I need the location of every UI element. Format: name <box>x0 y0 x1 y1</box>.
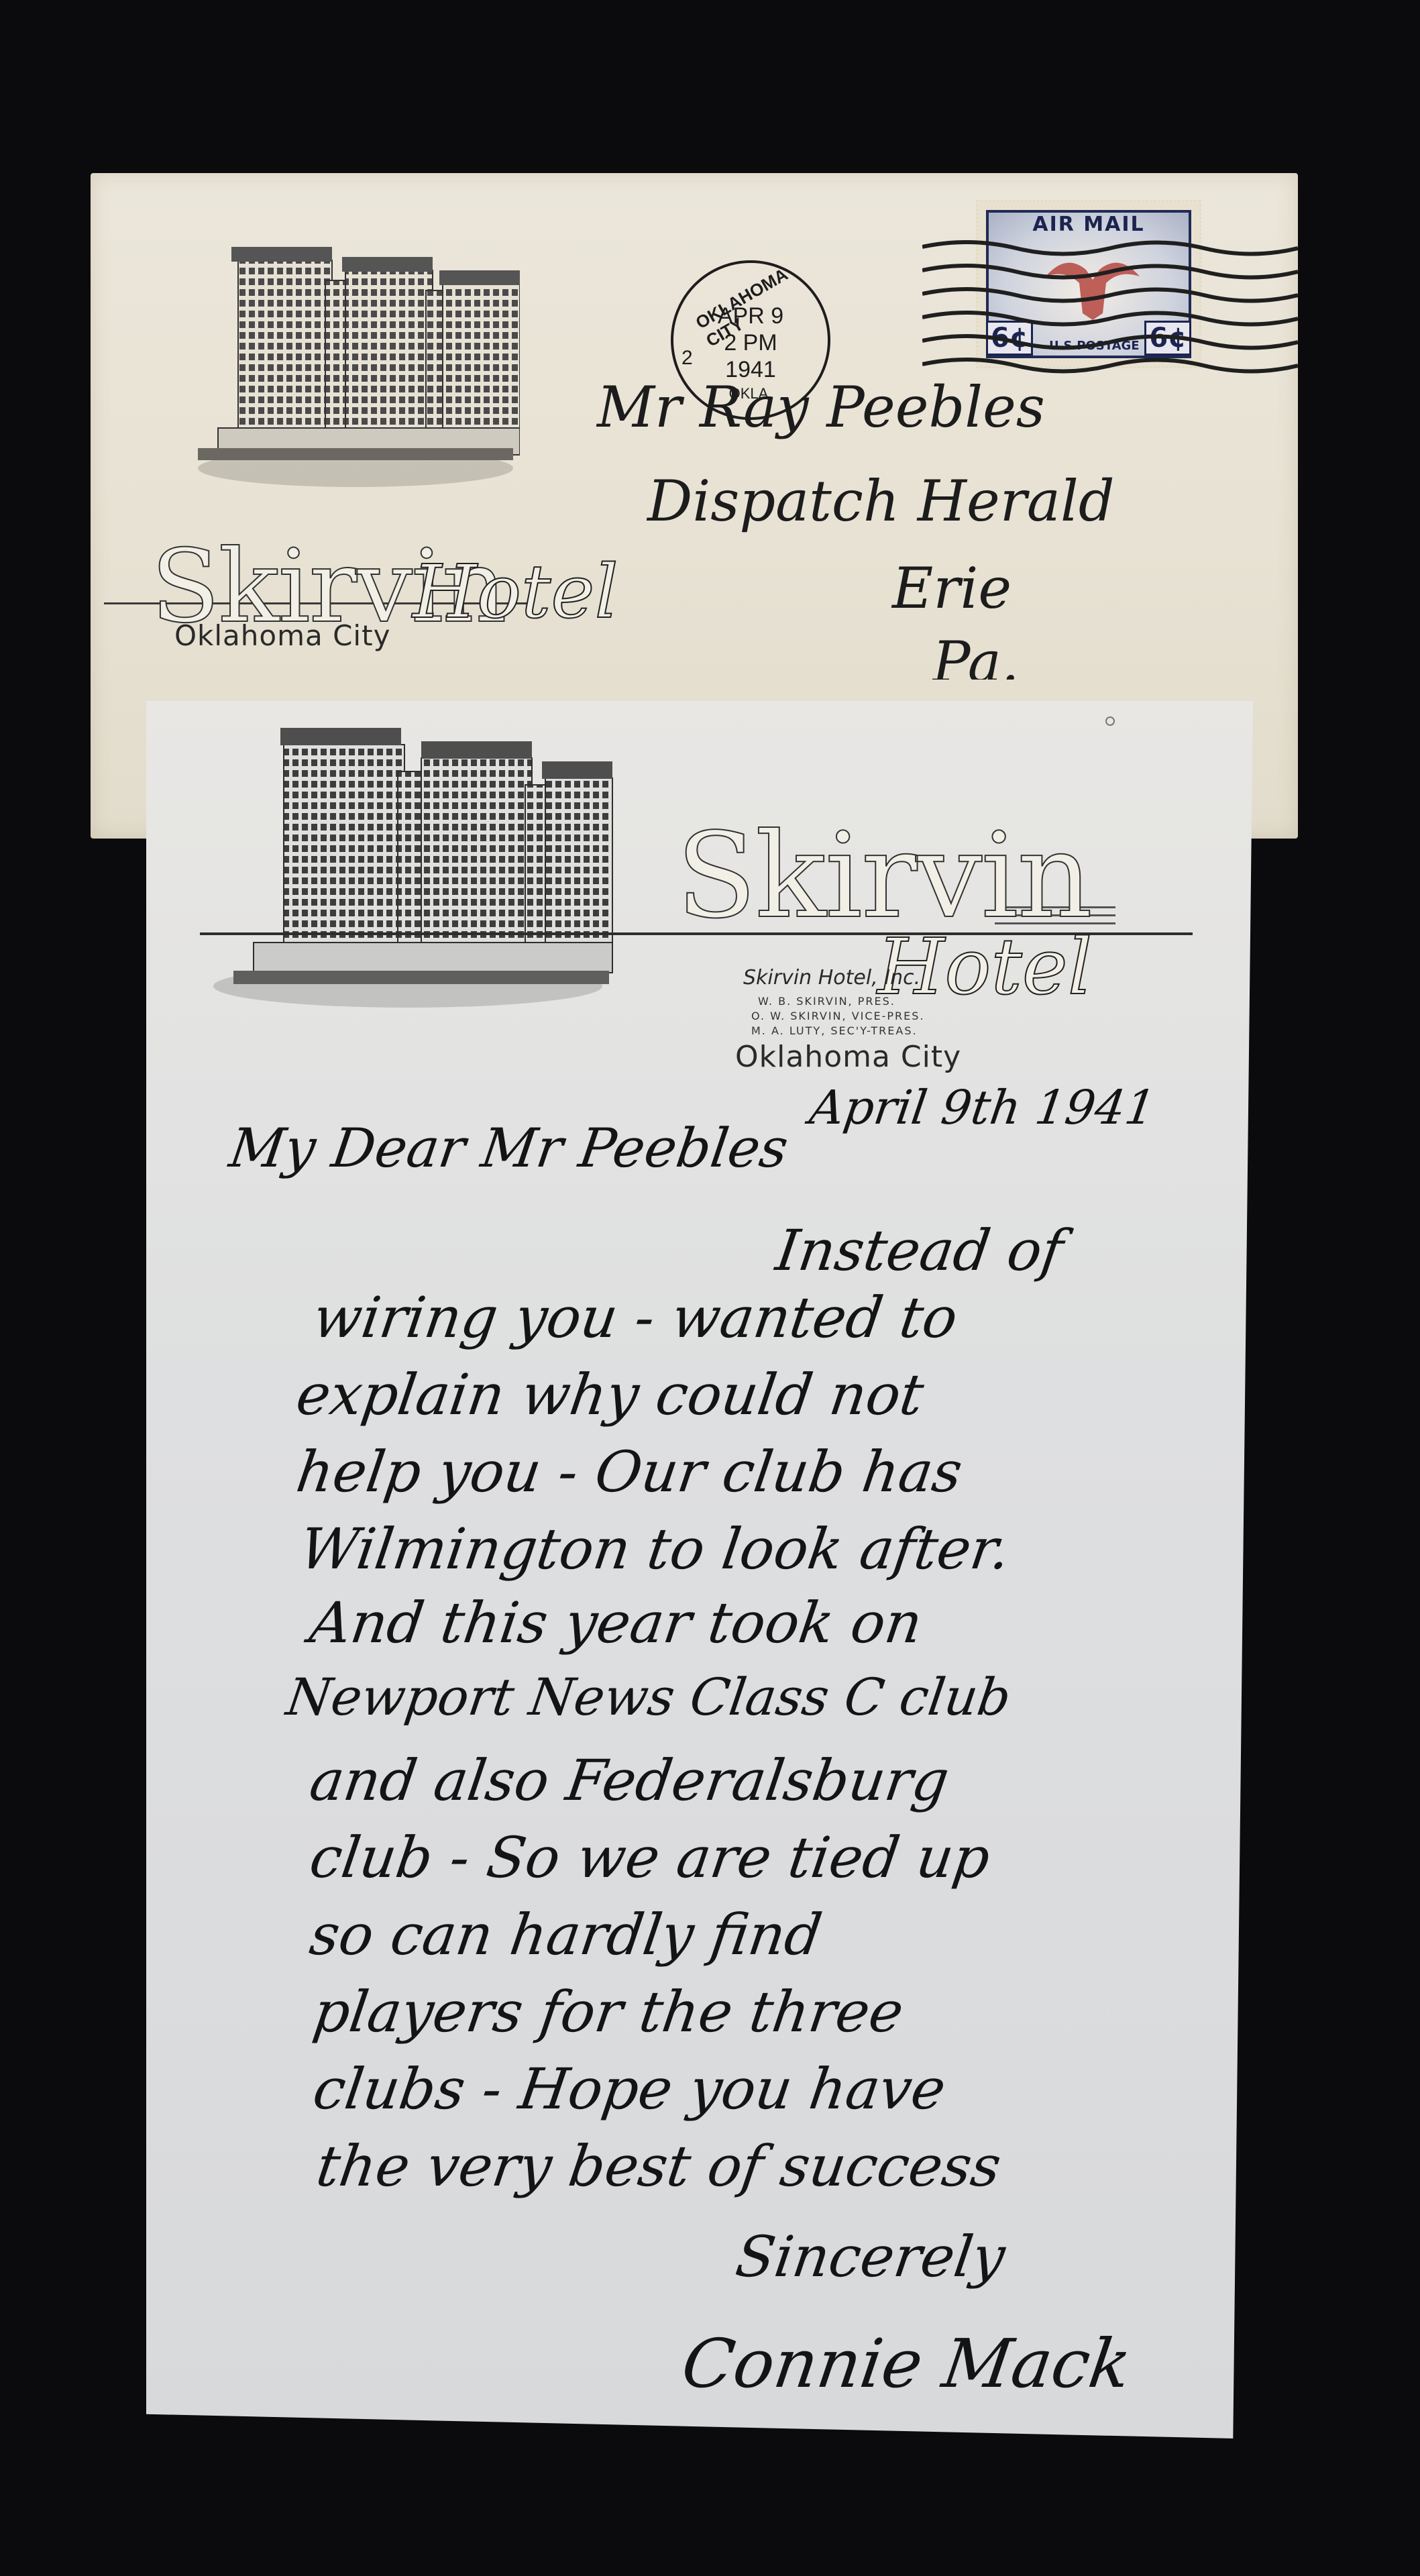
postmark-date: APR 9 <box>673 303 828 329</box>
address-line-1: Mr Ray Peebles <box>597 374 1045 440</box>
address-line-2: Dispatch Herald <box>647 468 1115 534</box>
letterhead-officer: W. B. SKIRVIN, PRES. <box>758 995 895 1008</box>
body-line: Newport News Class C club <box>283 1667 1015 1727</box>
postmark-station: 2 <box>681 347 693 370</box>
body-line: And this year took on <box>306 1590 926 1656</box>
stamp-title: AIR MAIL <box>989 213 1189 236</box>
body-line: the very best of success <box>313 2133 1005 2199</box>
address-line-3: Erie <box>892 555 1012 621</box>
envelope-hotel-logo: Skirvin Hotel Oklahoma City <box>104 535 614 669</box>
letterhead-officer: M. A. LUTY, SEC'Y-TREAS. <box>751 1024 918 1037</box>
letter-date: April 9th 1941 <box>806 1080 1159 1135</box>
signature: Connie Mack <box>677 2324 1136 2403</box>
paper-mark <box>1105 716 1115 726</box>
letterhead-officer: O. W. SKIRVIN, VICE-PRES. <box>751 1010 925 1022</box>
letterhead-company: Skirvin Hotel, Inc. <box>743 966 920 989</box>
body-line: explain why could not <box>292 1362 928 1428</box>
letterhead-building-illustration <box>207 714 616 1010</box>
body-line: wiring you - wanted to <box>309 1285 961 1350</box>
body-line: so can hardly find <box>306 1902 826 1968</box>
hotel-building-illustration <box>191 233 520 488</box>
body-line: club - So we are tied up <box>306 1825 994 1890</box>
letter-sheet: Skirvin Hotel Skirvin Hotel, Inc. W. B. … <box>146 701 1253 2438</box>
body-line: clubs - Hope you have <box>309 2056 950 2122</box>
body-line: players for the three <box>309 1979 908 2045</box>
postmark-time: 2 PM <box>673 330 828 356</box>
logo-city: Oklahoma City <box>174 619 390 652</box>
body-line: Instead of <box>772 1218 1067 1283</box>
salutation: My Dear Mr Peebles <box>225 1117 791 1179</box>
address-line-4: Pa. <box>932 629 1020 680</box>
letterhead-city: Oklahoma City <box>735 1040 961 1074</box>
closing: Sincerely <box>732 2224 1009 2290</box>
body-line: help you - Our club has <box>292 1439 966 1505</box>
logo-suffix: Hotel <box>413 549 618 635</box>
body-line: Wilmington to look after. <box>296 1516 1014 1582</box>
body-line: and also Federalsburg <box>306 1748 953 1813</box>
